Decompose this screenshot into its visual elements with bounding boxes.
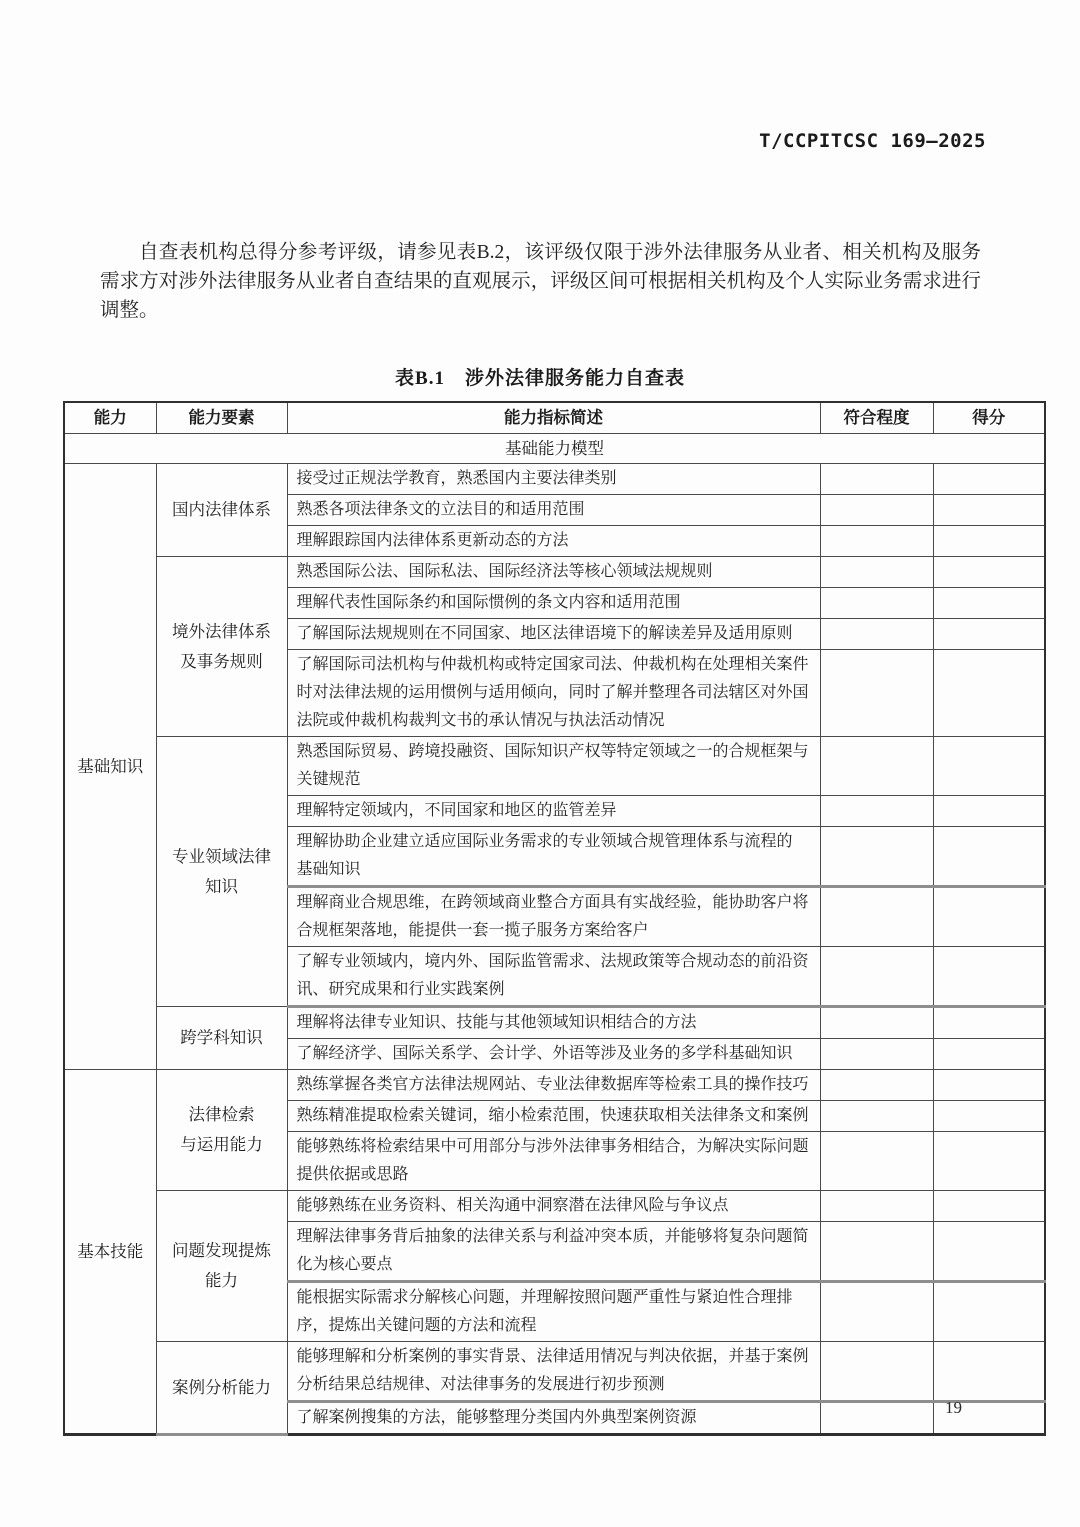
indicator-cell: 理解协助企业建立适应国际业务需求的专业领域合规管理体系与流程的 基础知识: [287, 827, 820, 887]
table-row: 跨学科知识 理解将法律专业知识、技能与其他领域知识相结合的方法: [64, 1007, 1045, 1039]
element-cell: 专业领域法律 知识: [156, 737, 287, 1007]
indicator-cell: 理解法律事务背后抽象的法律关系与利益冲突本质，并能够将复杂问题简 化为核心要点: [287, 1222, 820, 1282]
score-cell: [933, 1007, 1045, 1039]
compliance-cell: [820, 737, 933, 796]
indicator-cell: 能够理解和分析案例的事实背景、法律适用情况与判决依据，并基于案例 分析结果总结规…: [287, 1342, 820, 1402]
table-row: 案例分析能力 能够理解和分析案例的事实背景、法律适用情况与判决依据，并基于案例 …: [64, 1342, 1045, 1402]
indicator-cell: 熟练掌握各类官方法律法规网站、专业法律数据库等检索工具的操作技巧: [287, 1070, 820, 1101]
indicator-cell: 理解商业合规思维，在跨领域商业整合方面具有实战经验，能协助客户将 合规框架落地，…: [287, 887, 820, 947]
column-header-element: 能力要素: [156, 402, 287, 434]
indicator-cell: 接受过正规法学教育，熟悉国内主要法律类别: [287, 464, 820, 495]
score-cell: [933, 1222, 1045, 1282]
compliance-cell: [820, 526, 933, 557]
score-cell: [933, 557, 1045, 588]
table-header-row: 能力 能力要素 能力指标简述 符合程度 得分: [64, 402, 1045, 434]
document-page: T/CCPITCSC 169—2025 自查表机构总得分参考评级，请参见表B.2…: [0, 0, 1080, 1527]
indicator-cell: 了解经济学、国际关系学、会计学、外语等涉及业务的多学科基础知识: [287, 1039, 820, 1070]
score-cell: [933, 1282, 1045, 1342]
score-cell: [933, 887, 1045, 947]
element-cell: 法律检索 与运用能力: [156, 1070, 287, 1191]
compliance-cell: [820, 1282, 933, 1342]
indicator-cell: 了解国际法规规则在不同国家、地区法律语境下的解读差异及适用原则: [287, 619, 820, 650]
column-header-score: 得分: [933, 402, 1045, 434]
indicator-cell: 理解代表性国际条约和国际惯例的条文内容和适用范围: [287, 588, 820, 619]
compliance-cell: [820, 464, 933, 495]
ability-cell: 基础知识: [64, 464, 156, 1070]
compliance-cell: [820, 827, 933, 887]
element-cell: 跨学科知识: [156, 1007, 287, 1070]
element-cell: 问题发现提炼 能力: [156, 1191, 287, 1342]
indicator-cell: 熟悉国际公法、国际私法、国际经济法等核心领域法规规则: [287, 557, 820, 588]
indicator-cell: 熟悉各项法律条文的立法目的和适用范围: [287, 495, 820, 526]
compliance-cell: [820, 1039, 933, 1070]
standard-number: T/CCPITCSC 169—2025: [759, 130, 986, 152]
ability-cell: 基本技能: [64, 1070, 156, 1435]
compliance-cell: [820, 1070, 933, 1101]
compliance-cell: [820, 495, 933, 526]
column-header-compliance: 符合程度: [820, 402, 933, 434]
table-row: 基础知识 国内法律体系 接受过正规法学教育，熟悉国内主要法律类别: [64, 464, 1045, 495]
intro-paragraph: 自查表机构总得分参考评级，请参见表B.2，该评级仅限于涉外法律服务从业者、相关机…: [100, 238, 981, 325]
table-row: 基本技能 法律检索 与运用能力 熟练掌握各类官方法律法规网站、专业法律数据库等检…: [64, 1070, 1045, 1101]
element-cell: 案例分析能力: [156, 1342, 287, 1435]
score-cell: [933, 619, 1045, 650]
compliance-cell: [820, 887, 933, 947]
score-cell: [933, 464, 1045, 495]
indicator-cell: 了解国际司法机构与仲裁机构或特定国家司法、仲裁机构在处理相关案件 时对法律法规的…: [287, 650, 820, 737]
self-assessment-table: 能力 能力要素 能力指标简述 符合程度 得分 基础能力模型 基础知识 国内法律体…: [63, 401, 1046, 1436]
compliance-cell: [820, 557, 933, 588]
compliance-cell: [820, 1342, 933, 1402]
indicator-cell: 理解将法律专业知识、技能与其他领域知识相结合的方法: [287, 1007, 820, 1039]
compliance-cell: [820, 1222, 933, 1282]
compliance-cell: [820, 1132, 933, 1191]
column-header-indicator: 能力指标简述: [287, 402, 820, 434]
table-row: 问题发现提炼 能力 能够熟练在业务资料、相关沟通中洞察潜在法律风险与争议点: [64, 1191, 1045, 1222]
compliance-cell: [820, 1191, 933, 1222]
score-cell: [933, 588, 1045, 619]
indicator-cell: 能够熟练在业务资料、相关沟通中洞察潜在法律风险与争议点: [287, 1191, 820, 1222]
score-cell: [933, 1039, 1045, 1070]
indicator-cell: 理解特定领域内，不同国家和地区的监管差异: [287, 796, 820, 827]
compliance-cell: [820, 1101, 933, 1132]
compliance-cell: [820, 947, 933, 1007]
score-cell: [933, 650, 1045, 737]
score-cell: [933, 796, 1045, 827]
indicator-cell: 理解跟踪国内法律体系更新动态的方法: [287, 526, 820, 557]
score-cell: [933, 1342, 1045, 1402]
model-banner: 基础能力模型: [64, 434, 1045, 464]
column-header-ability: 能力: [64, 402, 156, 434]
indicator-cell: 了解案例搜集的方法，能够整理分类国内外典型案例资源: [287, 1402, 820, 1435]
compliance-cell: [820, 1007, 933, 1039]
score-cell: [933, 1070, 1045, 1101]
score-cell: [933, 737, 1045, 796]
indicator-cell: 了解专业领域内，境内外、国际监管需求、法规政策等合规动态的前沿资 讯、研究成果和…: [287, 947, 820, 1007]
compliance-cell: [820, 588, 933, 619]
indicator-cell: 能根据实际需求分解核心问题，并理解按照问题严重性与紧迫性合理排 序，提炼出关键问…: [287, 1282, 820, 1342]
table-row: 专业领域法律 知识 熟悉国际贸易、跨境投融资、国际知识产权等特定领域之一的合规框…: [64, 737, 1045, 796]
indicator-cell: 熟练精准提取检索关键词，缩小检索范围，快速获取相关法律条文和案例: [287, 1101, 820, 1132]
score-cell: [933, 947, 1045, 1007]
score-cell: [933, 526, 1045, 557]
score-cell: [933, 1191, 1045, 1222]
score-cell: [933, 495, 1045, 526]
compliance-cell: [820, 796, 933, 827]
compliance-cell: [820, 650, 933, 737]
element-cell: 境外法律体系 及事务规则: [156, 557, 287, 737]
score-cell: [933, 1132, 1045, 1191]
page-number: 19: [945, 1398, 962, 1418]
table-row: 境外法律体系 及事务规则 熟悉国际公法、国际私法、国际经济法等核心领域法规规则: [64, 557, 1045, 588]
compliance-cell: [820, 1402, 933, 1435]
indicator-cell: 能够熟练将检索结果中可用部分与涉外法律事务相结合，为解决实际问题 提供依据或思路: [287, 1132, 820, 1191]
compliance-cell: [820, 619, 933, 650]
indicator-cell: 熟悉国际贸易、跨境投融资、国际知识产权等特定领域之一的合规框架与 关键规范: [287, 737, 820, 796]
model-banner-row: 基础能力模型: [64, 434, 1045, 464]
score-cell: [933, 1101, 1045, 1132]
element-cell: 国内法律体系: [156, 464, 287, 557]
score-cell: [933, 827, 1045, 887]
table-title: 表B.1 涉外法律服务能力自查表: [0, 363, 1080, 390]
